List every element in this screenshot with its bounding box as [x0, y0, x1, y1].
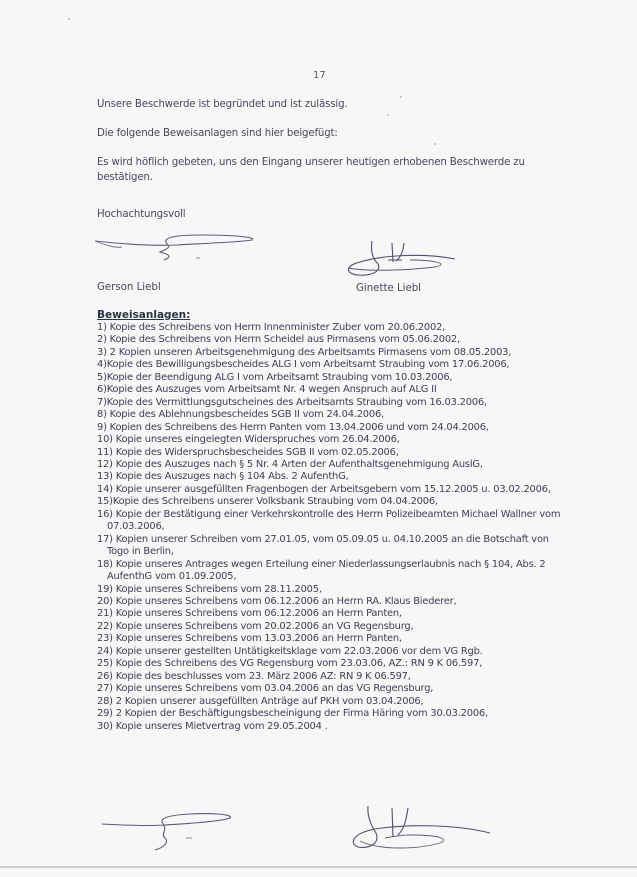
evidence-item: 7)Kopie des Vermittlungsgutscheines des … — [97, 397, 567, 409]
evidence-item: 3) 2 Kopien unseren Arbeitsgenehmigung d… — [97, 347, 567, 359]
scan-speck — [434, 143, 436, 145]
signature-gerson-icon — [92, 232, 262, 272]
evidence-item: 28) 2 Kopien unserer ausgefüllten Anträg… — [97, 696, 567, 708]
scan-speck — [68, 18, 70, 20]
evidence-heading: Beweisanlagen: — [97, 309, 190, 321]
evidence-item: 17) Kopien unserer Schreiben vom 27.01.0… — [97, 534, 567, 559]
evidence-item: 9) Kopien des Schreibens des Herrn Pante… — [97, 422, 567, 434]
evidence-item: 4)Kopie des Bewilligungsbescheides ALG I… — [97, 359, 567, 371]
closing-salutation: Hochachtungsvoll — [97, 207, 567, 222]
evidence-item: 2) Kopie des Schreibens von Herrn Scheid… — [97, 334, 567, 346]
page-number: 17 — [313, 70, 326, 81]
evidence-item: 22) Kopie unseres Schreibens vom 20.02.2… — [97, 621, 567, 633]
evidence-item: 25) Kopie des Schreibens des VG Regensbu… — [97, 658, 567, 670]
evidence-item: 11) Kopie des Widerspruchsbescheides SGB… — [97, 447, 567, 459]
evidence-item: 20) Kopie unseres Schreibens vom 06.12.2… — [97, 596, 567, 608]
scan-speck — [387, 114, 389, 116]
evidence-list: 1) Kopie des Schreibens von Herrn Innenm… — [97, 322, 567, 733]
evidence-item: 14) Kopie unserer ausgefüllten Fragenbog… — [97, 484, 567, 496]
evidence-item: 29) 2 Kopien der Beschäftigungsbescheini… — [97, 708, 567, 720]
paragraph-complaint-justified: Unsere Beschwerde ist begründet und ist … — [97, 97, 567, 112]
evidence-item: 19) Kopie unseres Schreibens vom 28.11.2… — [97, 584, 567, 596]
evidence-item: 10) Kopie unseres eingelegten Widerspruc… — [97, 434, 567, 446]
evidence-item: 30) Kopie unseres Mietvertrag vom 29.05.… — [97, 721, 567, 733]
signatory-name-gerson: Gerson Liebl — [97, 282, 161, 293]
scanned-page: 17 Unsere Beschwerde ist begründet und i… — [0, 0, 637, 877]
evidence-item: 13) Kopie des Auszuges nach § 104 Abs. 2… — [97, 471, 567, 483]
evidence-item: 27) Kopie unseres Schreibens vom 03.04.2… — [97, 683, 567, 695]
evidence-item: 23) Kopie unseres Schreibens vom 13.03.2… — [97, 633, 567, 645]
page-bottom-edge — [0, 866, 637, 868]
evidence-item: 16) Kopie der Bestätigung einer Verkehrs… — [97, 509, 567, 534]
signatory-name-ginette: Ginette Liebl — [356, 283, 421, 294]
paragraph-request-confirmation: Es wird höflich gebeten, uns den Eingang… — [97, 155, 567, 185]
evidence-item: 24) Kopie unserer gestellten Untätigkeit… — [97, 646, 567, 658]
evidence-item: 26) Kopie des beschlusses vom 23. März 2… — [97, 671, 567, 683]
evidence-item: 5)Kopie der Beendigung ALG I vom Arbeits… — [97, 372, 567, 384]
evidence-item: 21) Kopie unseres Schreibens vom 06.12.2… — [97, 608, 567, 620]
signature-ginette-bottom-icon — [350, 803, 510, 863]
evidence-item: 1) Kopie des Schreibens von Herrn Innenm… — [97, 322, 567, 334]
evidence-item: 18) Kopie unseres Antrages wegen Erteilu… — [97, 559, 567, 584]
signature-gerson-bottom-icon — [100, 810, 240, 855]
evidence-item: 8) Kopie des Ablehnungsbescheides SGB II… — [97, 409, 567, 421]
evidence-item: 6)Kopie des Auszuges vom Arbeitsamt Nr. … — [97, 384, 567, 396]
evidence-item: 12) Kopie des Auszuges nach § 5 Nr. 4 Ar… — [97, 459, 567, 471]
evidence-item: 15)Kopie des Schreibens unserer Volksban… — [97, 496, 567, 508]
signature-ginette-icon — [340, 238, 470, 288]
paragraph-evidence-attached: Die folgende Beweisanlagen sind hier bei… — [97, 126, 567, 141]
